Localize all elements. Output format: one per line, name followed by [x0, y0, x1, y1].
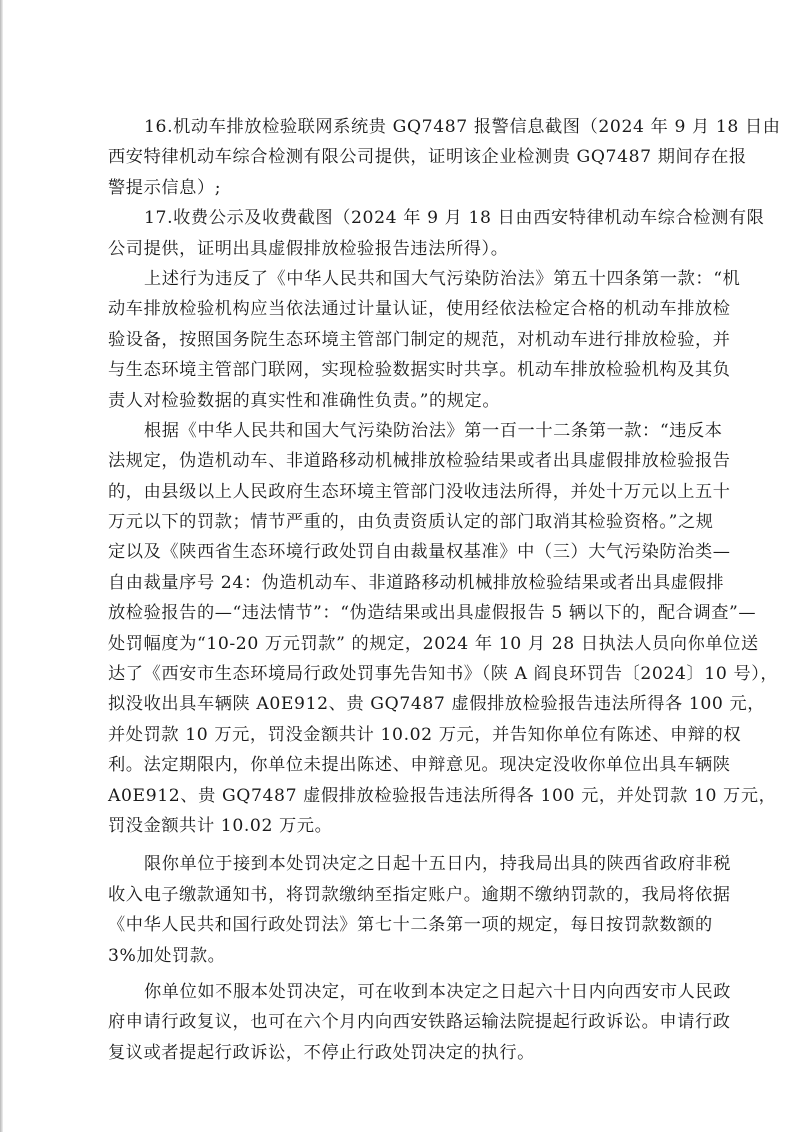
text-line: 处罚幅度为“10-20 万元罚款” 的规定，2024 年 10 月 28 日执法… [108, 629, 692, 659]
text-line: 限你单位于接到本处罚决定之日起十五日内，持我局出具的陕西省政府非税 [108, 849, 692, 879]
text-line: 府申请行政复议，也可在六个月内向西安铁路运输法院提起行政诉讼。申请行政 [108, 1007, 692, 1037]
text-line: 16.机动车排放检验联网系统贵 GQ7487 报警信息截图（2024 年 9 月… [108, 112, 692, 142]
text-line: 复议或者提起行政诉讼，不停止行政处罚决定的执行。 [108, 1038, 692, 1068]
text-line: 定以及《陕西省生态环境行政处罚自由裁量权基准》中（三）大气污染防治类— [108, 537, 692, 567]
text-line: 责人对检验数据的真实性和准确性负责。”的规定。 [108, 386, 692, 416]
text-line: 验设备，按照国务院生态环境主管部门制定的规范，对机动车进行排放检验，并 [108, 325, 692, 355]
text-line: 放检验报告的—“违法情节”：“伪造结果或出具虚假报告 5 辆以下的，配合调查”— [108, 598, 692, 628]
paragraph-legal-basis: 根据《中华人民共和国大气污染防治法》第一百一十二条第一款：“违反本 法规定，伪造… [108, 416, 692, 841]
text-line: 17.收费公示及收费截图（2024 年 9 月 18 日由西安特律机动车综合检测… [108, 203, 692, 233]
text-line: 你单位如不服本处罚决定，可在收到本决定之日起六十日内向西安市人民政 [108, 977, 692, 1007]
text-line: 万元以下的罚款；情节严重的，由负责资质认定的部门取消其检验资格。”之规 [108, 507, 692, 537]
paragraph-violation: 上述行为违反了《中华人民共和国大气污染防治法》第五十四条第一款：“机 动车排放检… [108, 264, 692, 416]
text-line: 《中华人民共和国行政处罚法》第七十二条第一项的规定，每日按罚款数额的 [108, 910, 692, 940]
text-line: 自由裁量序号 24：伪造机动车、非道路移动机械排放检验结果或者出具虚假排 [108, 568, 692, 598]
text-line: 拟没收出具车辆陕 A0E912、贵 GQ7487 虚假排放检验报告违法所得各 1… [108, 689, 692, 719]
text-line: 罚没金额共计 10.02 万元。 [108, 811, 692, 841]
scan-edge [0, 0, 3, 1132]
text-line: A0E912、贵 GQ7487 虚假排放检验报告违法所得各 100 元，并处罚款… [108, 781, 692, 811]
paragraph-payment: 限你单位于接到本处罚决定之日起十五日内，持我局出具的陕西省政府非税 收入电子缴款… [108, 849, 692, 971]
text-line: 西安特律机动车综合检测有限公司提供，证明该企业检测贵 GQ7487 期间存在报 [108, 142, 692, 172]
text-line: 利。法定期限内，你单位未提出陈述、申辩意见。现决定没收你单位出具车辆陕 [108, 750, 692, 780]
text-line: 动车排放检验机构应当依法通过计量认证，使用经依法检定合格的机动车排放检 [108, 294, 692, 324]
text-line: 根据《中华人民共和国大气污染防治法》第一百一十二条第一款：“违反本 [108, 416, 692, 446]
text-line: 法规定，伪造机动车、非道路移动机械排放检验结果或者出具虚假排放检验报告 [108, 446, 692, 476]
paragraph-evidence-16: 16.机动车排放检验联网系统贵 GQ7487 报警信息截图（2024 年 9 月… [108, 112, 692, 203]
text-line: 并处罚款 10 万元，罚没金额共计 10.02 万元，并告知你单位有陈述、申辩的… [108, 720, 692, 750]
text-line: 上述行为违反了《中华人民共和国大气污染防治法》第五十四条第一款：“机 [108, 264, 692, 294]
text-line: 达了《西安市生态环境局行政处罚事先告知书》（陕 A 阎良环罚告〔2024〕10 … [108, 659, 692, 689]
text-line: 的，由县级以上人民政府生态环境主管部门没收违法所得，并处十万元以上五十 [108, 477, 692, 507]
text-line: 3%加处罚款。 [108, 941, 692, 971]
paragraph-appeal: 你单位如不服本处罚决定，可在收到本决定之日起六十日内向西安市人民政 府申请行政复… [108, 977, 692, 1068]
document-page: 16.机动车排放检验联网系统贵 GQ7487 报警信息截图（2024 年 9 月… [108, 112, 692, 1068]
text-line: 公司提供，证明出具虚假排放检验报告违法所得）。 [108, 234, 692, 264]
text-line: 警提示信息）; [108, 173, 692, 203]
text-line: 收入电子缴款通知书，将罚款缴纳至指定账户。逾期不缴纳罚款的，我局将依据 [108, 880, 692, 910]
text-line: 与生态环境主管部门联网，实现检验数据实时共享。机动车排放检验机构及其负 [108, 355, 692, 385]
paragraph-evidence-17: 17.收费公示及收费截图（2024 年 9 月 18 日由西安特律机动车综合检测… [108, 203, 692, 264]
